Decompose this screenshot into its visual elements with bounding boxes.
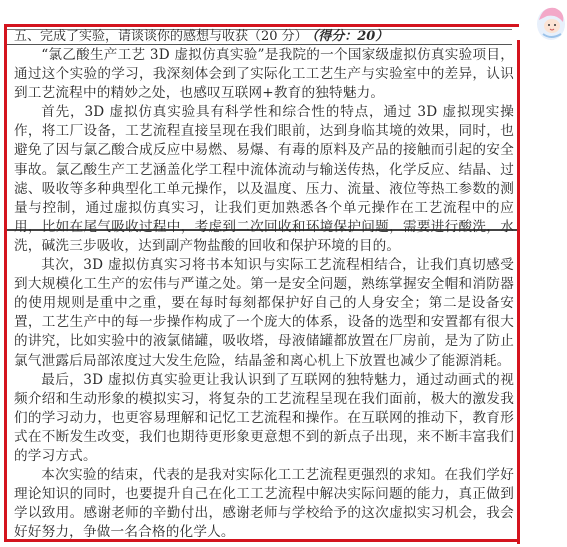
paragraph-second: 其次，3D 虚拟仿真实习将书本知识与实际工艺流程相结合，让我们真切感受到大规模化… [14,256,514,371]
paragraph-last: 最后，3D 虚拟仿真实验更让我认识到了互联网的独特魅力，通过动画式的视频介绍和生… [14,371,514,466]
red-frame-left [4,24,7,542]
red-frame-top [4,24,519,27]
paragraph-first: 首先，3D 虚拟仿真实验具有科学性和综合性的特点，通过 3D 虚拟现实操作，将工… [14,103,514,256]
section-header: 五、完成了实验，请谈谈你的感想与收获（20 分）（得分：20） [14,30,514,44]
section-title: 五、完成了实验，请谈谈你的感想与收获（20 分） [14,29,308,44]
paragraph-conclusion: 本次实验的结束，代表的是我对实际化工工艺流程更强烈的求知。在我们学好理论知识的同… [14,466,514,542]
paragraph-intro: “氯乙酸生产工艺 3D 虚拟仿真实验”是我院的一个国家级虚拟仿真实验项目，通过这… [14,46,514,103]
red-frame-right [517,40,520,544]
answer-document: 五、完成了实验，请谈谈你的感想与收获（20 分）（得分：20） “氯乙酸生产工艺… [14,30,514,542]
score-label: （得分：20） [312,29,389,44]
cartoon-baby-sticker-icon [535,4,567,42]
